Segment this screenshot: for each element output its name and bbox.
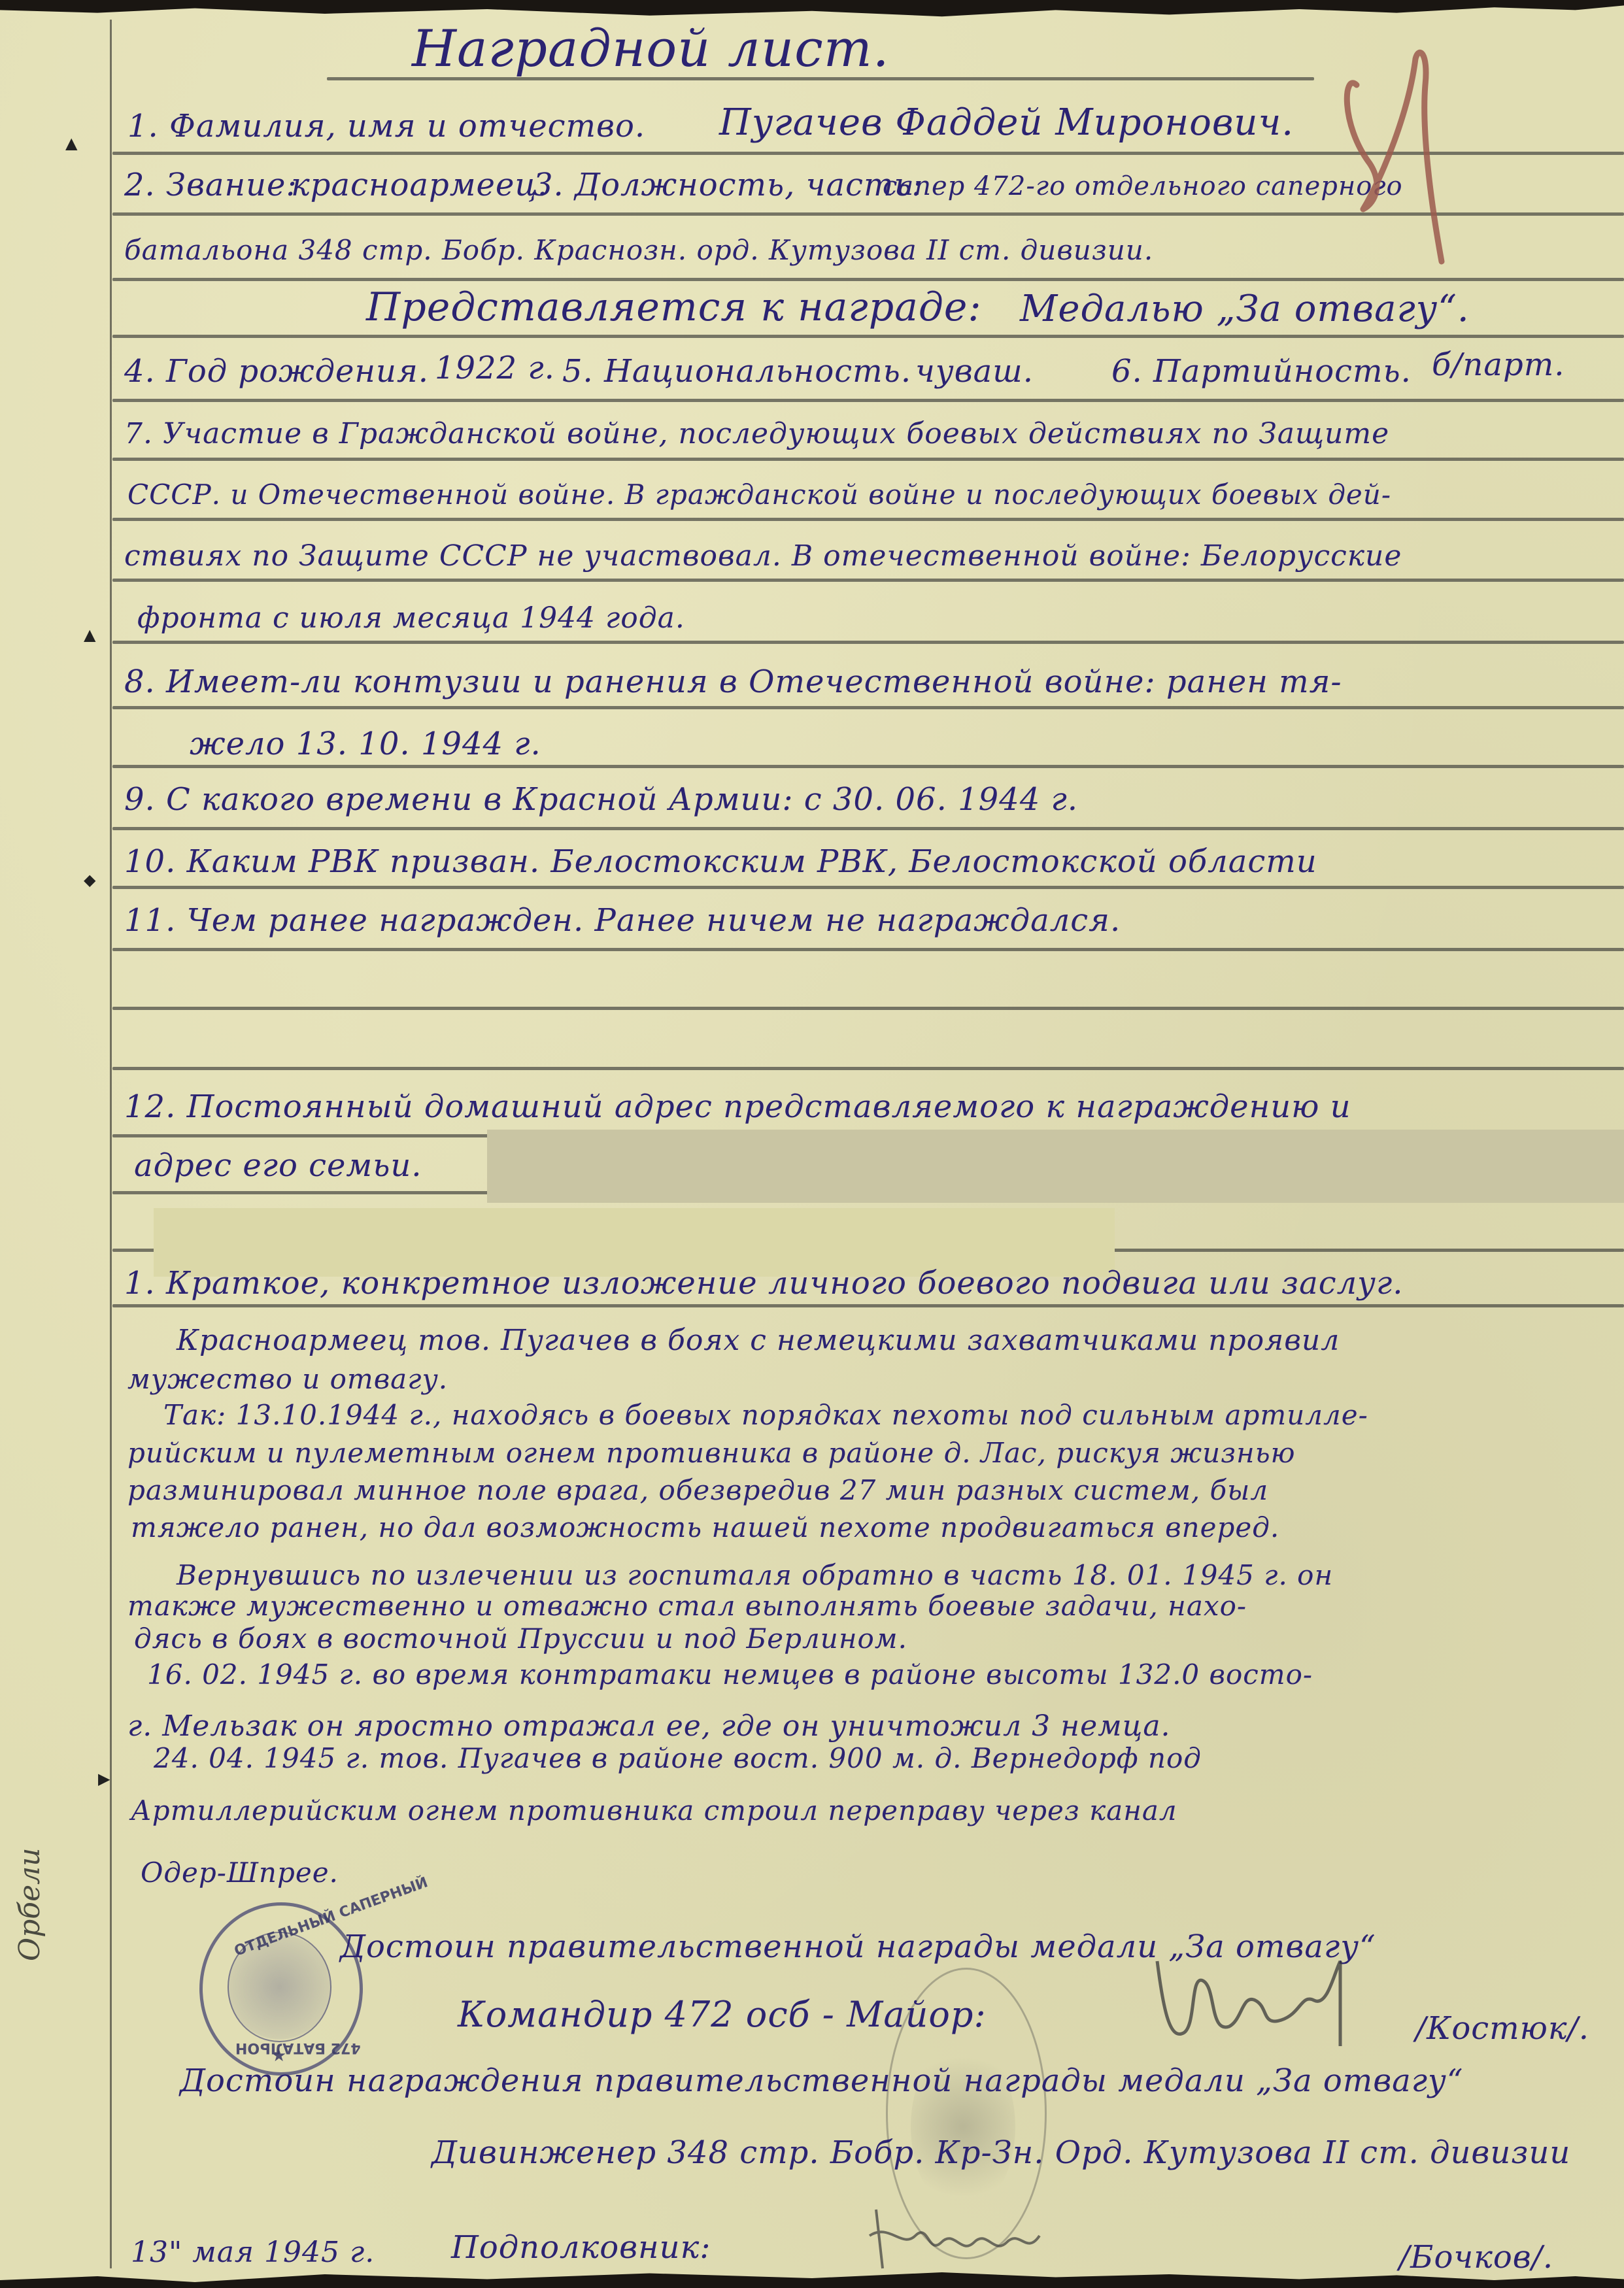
rank-label: Подполковник:: [451, 2229, 711, 2266]
rule-line: [112, 765, 1624, 768]
field-8-line: 8. Имеет-ли контузии и ранения в Отечест…: [124, 664, 1342, 700]
rule-line: [112, 458, 1624, 461]
field-2-value: красноармеец.: [291, 167, 548, 203]
feat-line: также мужественно и отважно стал выполня…: [127, 1590, 1247, 1622]
field-6-value: б/парт.: [1432, 346, 1565, 383]
nomination-value: Медалью „За отвагу“.: [1020, 288, 1470, 330]
punch-mark: ▲: [65, 136, 77, 150]
field-5-label: 5. Национальность.: [562, 353, 911, 390]
field-12-line: 12. Постоянный домашний адрес представля…: [124, 1088, 1351, 1125]
rule-line: [112, 1067, 1624, 1070]
pencil-mark-icon: [1337, 46, 1448, 275]
rule-line: [112, 706, 1624, 709]
nomination-label: Представляется к награде:: [366, 284, 982, 330]
feat-line: разминировал минное поле врага, обезвред…: [127, 1474, 1268, 1506]
conclusion-line-2: Достоин награждения правительственной на…: [180, 2062, 1463, 2099]
feat-line: 24. 04. 1945 г. тов. Пугачев в районе во…: [154, 1742, 1202, 1774]
field-7-line: СССР. и Отечественной войне. В гражданск…: [127, 479, 1391, 511]
commander-label: Командир 472 осб - Майор:: [458, 1994, 987, 2035]
field-1-label: 1. Фамилия, имя и отчество.: [127, 108, 645, 144]
field-7-line: 7. Участие в Гражданской войне, последую…: [124, 417, 1389, 450]
punch-mark: ◆: [84, 873, 95, 887]
document-title: Наградной лист.: [412, 20, 890, 78]
field-9: 9. С какого времени в Красной Армии: с 3…: [124, 781, 1078, 818]
field-4-value: 1922 г.: [435, 350, 555, 386]
feat-line: Одер-Шпрее.: [141, 1857, 339, 1889]
rule-line: [112, 579, 1624, 582]
field-1-value: Пугачев Фаддей Миронович.: [719, 101, 1294, 144]
punch-mark: ▲: [84, 628, 95, 642]
feat-line: дясь в боях в восточной Пруссии и под Бе…: [134, 1623, 907, 1655]
rule-line: [112, 827, 1624, 830]
field-3-label: 3. Должность, часть:: [533, 167, 923, 203]
field-12-line: адрес его семьи.: [134, 1147, 422, 1184]
feat-line: рийским и пулеметным огнем противника в …: [127, 1437, 1296, 1469]
margin-line: [110, 20, 112, 2268]
field-3-value: сапер 472-го отдельного саперного: [883, 171, 1403, 201]
feat-line: тяжело ранен, но дал возможность нашей п…: [131, 1511, 1279, 1543]
rule-line: [112, 399, 1624, 402]
field-4-label: 4. Год рождения.: [124, 353, 429, 390]
rule-line: [112, 641, 1624, 644]
field-11: 11. Чем ранее награжден. Ранее ничем не …: [124, 902, 1121, 939]
rule-line: [112, 1304, 1624, 1307]
rule-line: [112, 518, 1624, 521]
division-signature: [863, 2196, 1059, 2281]
field-7-line: фронта с июля месяца 1944 года.: [137, 601, 685, 635]
feat-line: Красноармеец тов. Пугачев в боях с немец…: [177, 1324, 1340, 1357]
field-3-value-cont: батальона 348 стр. Бобр. Краснозн. орд. …: [124, 234, 1153, 266]
feat-heading: 1. Краткое, конкретное изложение личного…: [124, 1265, 1404, 1302]
commander-name: /Костюк/.: [1415, 2010, 1589, 2047]
field-8-line: жело 13. 10. 1944 г.: [190, 726, 541, 762]
field-2-label: 2. Звание:: [124, 167, 297, 203]
rule-line: [112, 886, 1624, 889]
punch-mark: ▶: [98, 1772, 110, 1786]
document-date: 13" мая 1945 г.: [131, 2236, 375, 2269]
commander-signature: [1144, 1935, 1379, 2079]
rule-line: [112, 1007, 1624, 1010]
feat-line: Артиллерийским огнем противника строил п…: [131, 1794, 1177, 1826]
field-6-label: 6. Партийность.: [1111, 353, 1412, 390]
feat-line: мужество и отвагу.: [127, 1363, 448, 1395]
unit-stamp: ОТДЕЛЬНЫЙ САПЕРНЫЙ 472 БАТАЛЬОН ★: [199, 1902, 363, 2076]
feat-line: 16. 02. 1945 г. во время контратаки немц…: [147, 1658, 1313, 1691]
feat-line: Вернувшись по излечении из госпиталя обр…: [177, 1559, 1333, 1591]
rule-line: [112, 278, 1624, 281]
redacted-address-block: [487, 1130, 1624, 1203]
rule-line: [112, 335, 1624, 338]
feat-line: Так: 13.10.1944 г., находясь в боевых по…: [163, 1399, 1368, 1431]
division-label: Дивинженер 348 стр. Бобр. Кр-Зн. Орд. Ку…: [431, 2134, 1570, 2171]
rule-line: [112, 948, 1624, 951]
feat-line: г. Мельзак он яростно отражал ее, где он…: [127, 1709, 1171, 1743]
field-5-value: чуваш.: [915, 353, 1034, 390]
field-10: 10. Каким РВК призван. Белостокским РВК,…: [124, 843, 1317, 880]
field-7-line: ствиях по Защите СССР не участвовал. В о…: [124, 539, 1402, 573]
rank-name: /Бочков/.: [1399, 2239, 1553, 2276]
margin-note: Орбели: [13, 1848, 46, 1962]
stamp-ring-text: 472 БАТАЛЬОН: [235, 2040, 361, 2056]
